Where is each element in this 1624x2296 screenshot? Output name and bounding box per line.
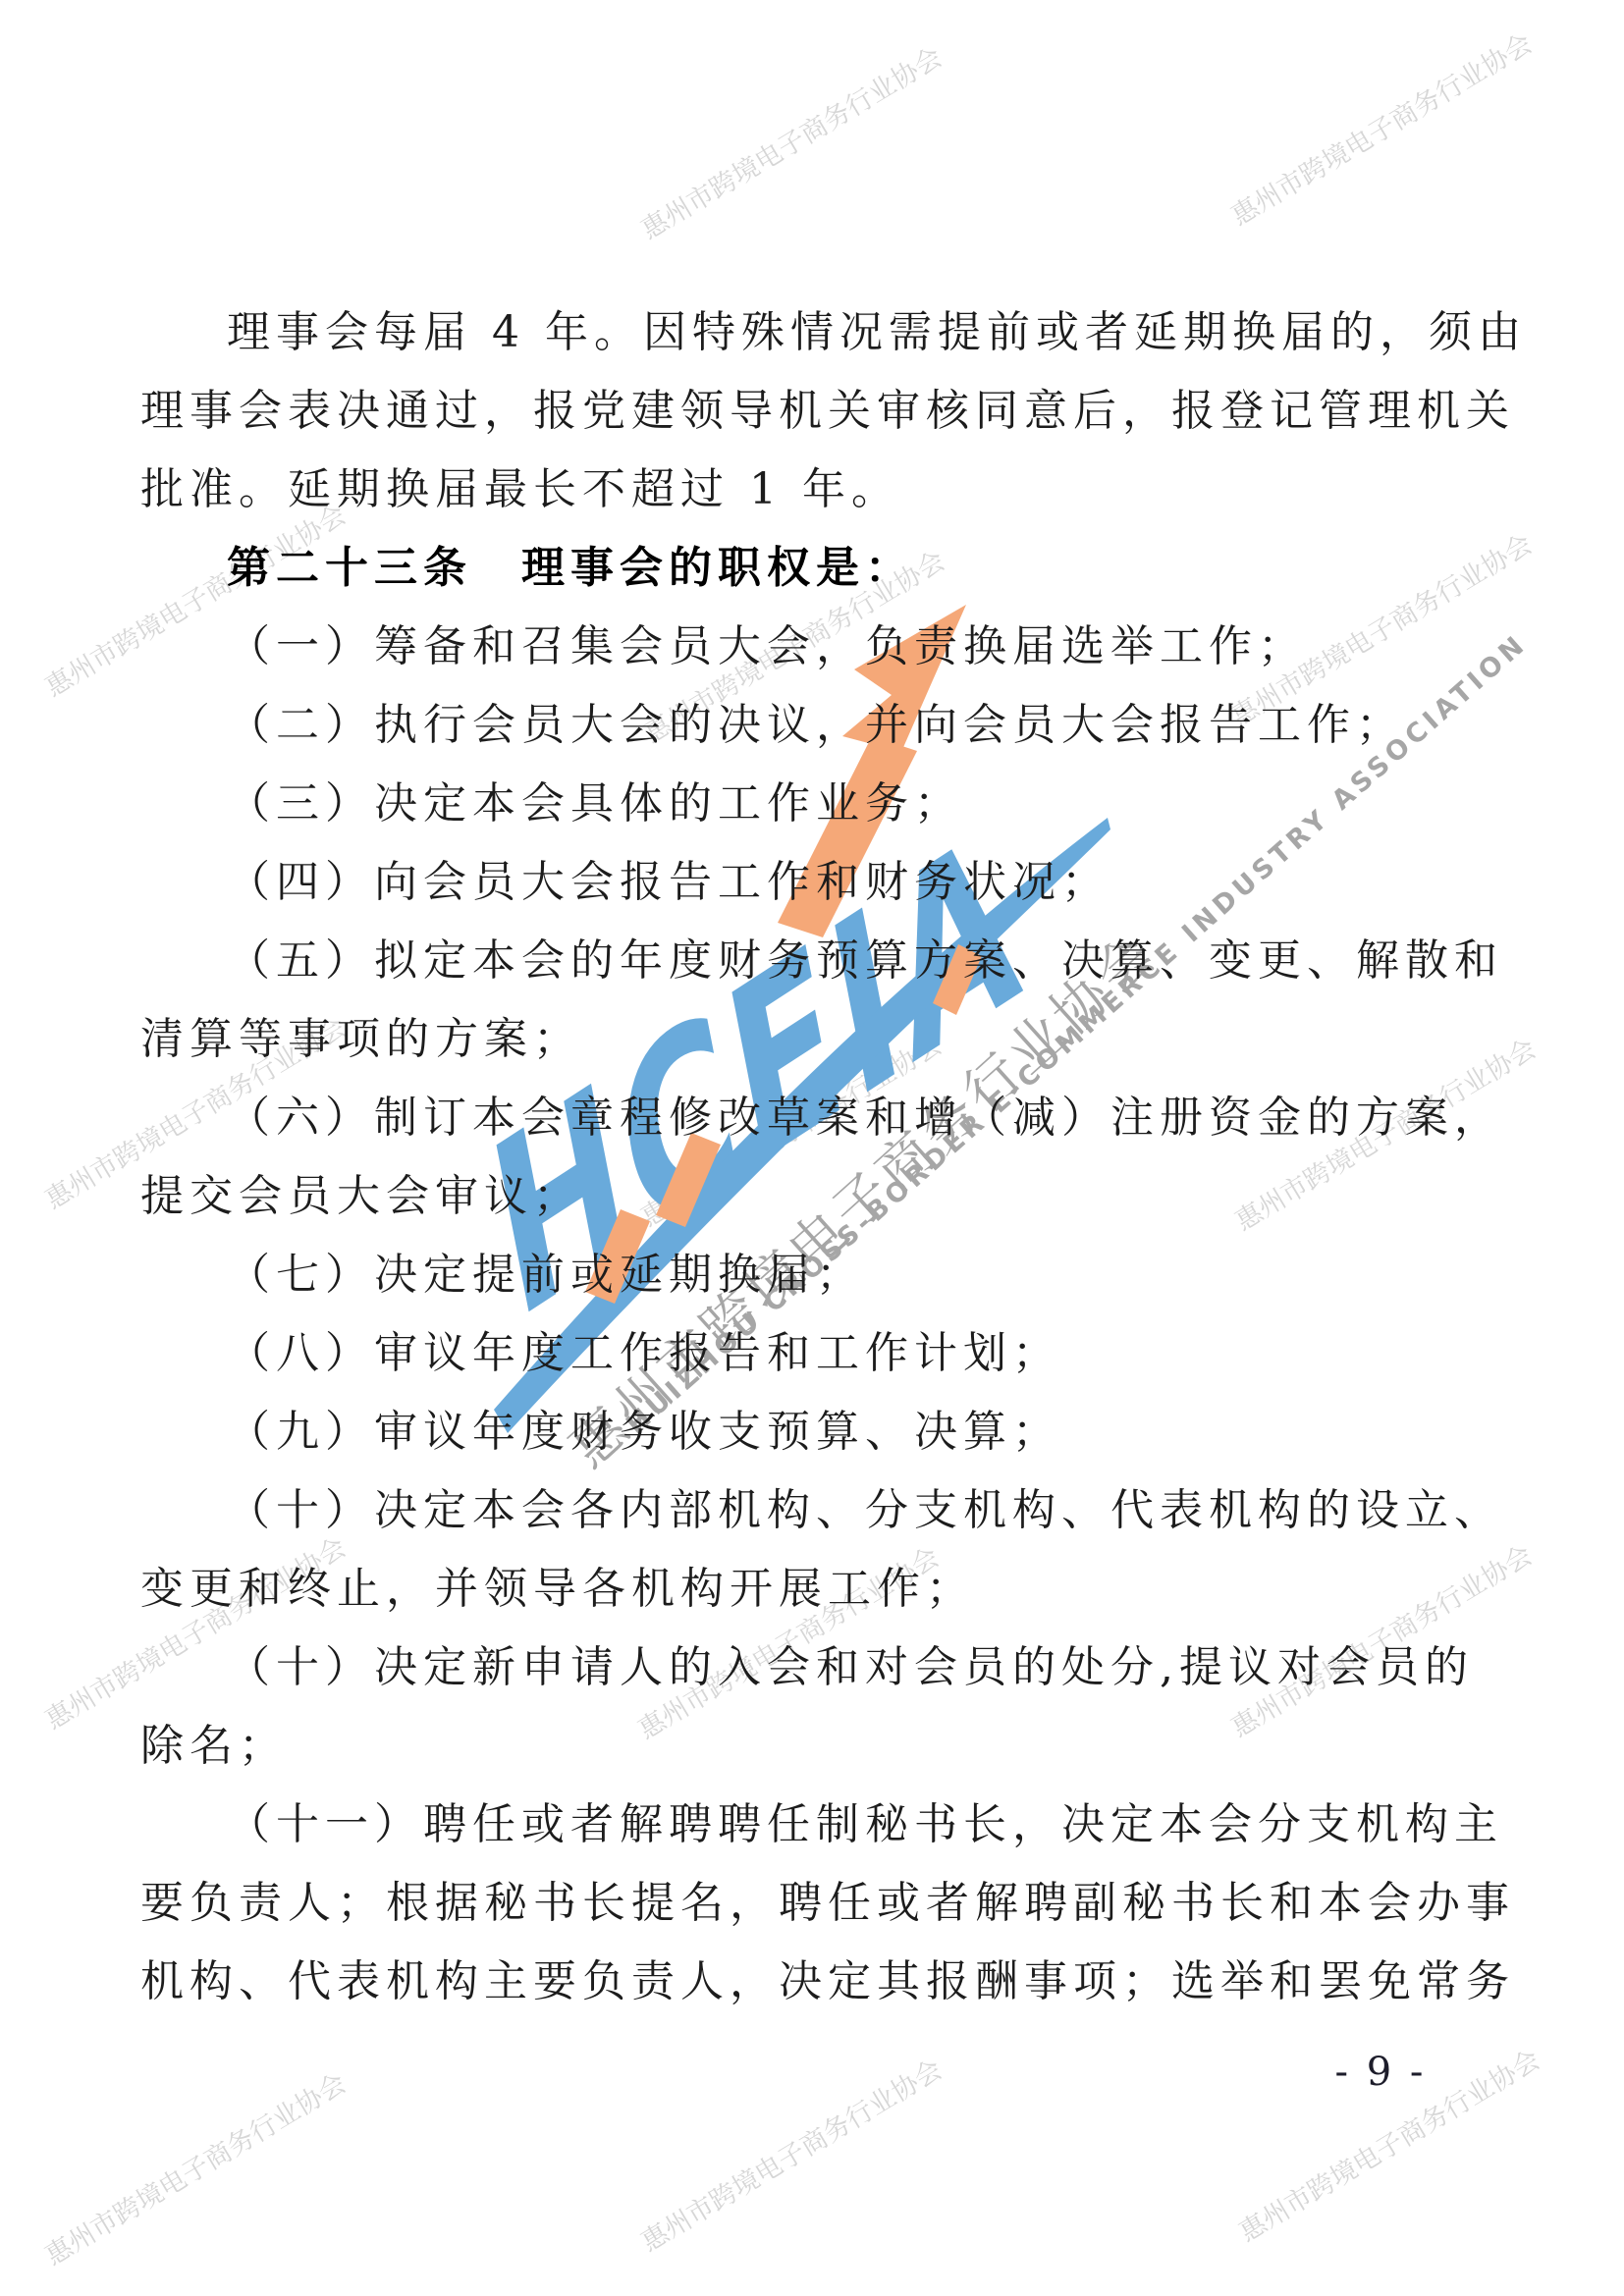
body-line: （十）决定新申请人的入会和对会员的处分,提议对会员的	[140, 1629, 1505, 1707]
body-line: （二）执行会员大会的决议，并向会员大会报告工作；	[140, 686, 1505, 765]
body-line: 理事会表决通过，报党建领导机关审核同意后，报登记管理机关	[140, 372, 1505, 451]
body-line: 机构、代表机构主要负责人，决定其报酬事项；选举和罢免常务	[140, 1943, 1505, 2021]
body-line: （三）决定本会具体的工作业务；	[140, 765, 1505, 843]
body-line: 除名；	[140, 1707, 1505, 1786]
body-line: （一）筹备和召集会员大会，负责换届选举工作；	[140, 608, 1505, 686]
watermark-text: 惠州市跨境电子商务行业协会	[1225, 27, 1538, 234]
body-line: 第二十三条 理事会的职权是：	[140, 529, 1505, 608]
watermark-text: 惠州市跨境电子商务行业协会	[39, 2067, 352, 2273]
body-line: （十一）聘任或者解聘聘任制秘书长，决定本会分支机构主	[140, 1786, 1505, 1864]
document-body: 理事会每届 4 年。因特殊情况需提前或者延期换届的，须由理事会表决通过，报党建领…	[140, 294, 1505, 2021]
body-line: 要负责人；根据秘书长提名，聘任或者解聘副秘书长和本会办事	[140, 1864, 1505, 1943]
watermark-text: 惠州市跨境电子商务行业协会	[635, 41, 947, 247]
body-line: （七）决定提前或延期换届；	[140, 1236, 1505, 1314]
body-line: 提交会员大会审议；	[140, 1157, 1505, 1236]
body-line: 清算等事项的方案；	[140, 1000, 1505, 1079]
body-line: （四）向会员大会报告工作和财务状况；	[140, 843, 1505, 922]
body-line: （十）决定本会各内部机构、分支机构、代表机构的设立、	[140, 1471, 1505, 1550]
document-page: 惠州市跨境电子商务行业协会惠州市跨境电子商务行业协会惠州市跨境电子商务行业协会惠…	[0, 0, 1624, 2296]
body-line: 理事会每届 4 年。因特殊情况需提前或者延期换届的，须由	[140, 294, 1505, 372]
body-line: （八）审议年度工作报告和工作计划；	[140, 1314, 1505, 1393]
body-line: 变更和终止，并领导各机构开展工作；	[140, 1550, 1505, 1629]
body-line: （六）制订本会章程修改草案和增（减）注册资金的方案，	[140, 1079, 1505, 1157]
page-number: - 9 -	[1276, 2050, 1485, 2095]
body-line: （九）审议年度财务收支预算、决算；	[140, 1393, 1505, 1471]
body-line: 批准。延期换届最长不超过 1 年。	[140, 451, 1505, 529]
watermark-text: 惠州市跨境电子商务行业协会	[635, 2054, 947, 2260]
body-line: （五）拟定本会的年度财务预算方案、决算、变更、解散和	[140, 922, 1505, 1000]
